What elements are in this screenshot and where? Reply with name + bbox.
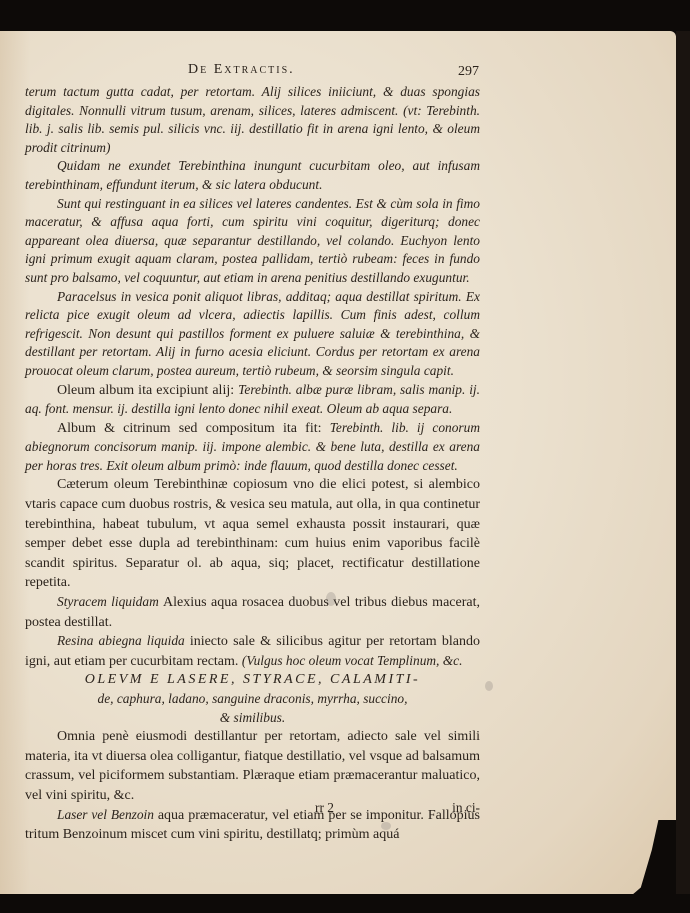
text-run: (Vulgus hoc oleum vocat Templinum, &c.: [242, 653, 463, 668]
paragraph: Paracelsus in vesica ponit aliquot libra…: [25, 288, 480, 381]
paragraph: Album & citrinum sed compositum ita fit:…: [25, 419, 480, 476]
text-run: Resina abiegna liquida: [57, 633, 190, 648]
page-header: De Extractis. 297: [0, 62, 480, 82]
paragraph: Styracem liquidam Alexius aqua rosacea d…: [25, 593, 480, 632]
text-run: Sunt qui restinguant in ea silices vel l…: [25, 196, 480, 285]
paragraph: Oleum album ita excipiunt alij: Terebint…: [25, 381, 480, 419]
paragraph: Resina abiegna liquida iniecto sale & si…: [25, 632, 480, 671]
catchword: in ci-: [452, 800, 480, 816]
text-run: Cæterum oleum Terebinthinæ copiosum vno …: [25, 477, 480, 590]
page-footer: rr 2 in ci-: [25, 800, 480, 818]
page-edge-shadow: [676, 31, 690, 894]
section-heading: OLEVM E LASERE, STYRACE, CALAMITI-: [25, 671, 480, 690]
text-run: Styracem liquidam: [57, 594, 163, 609]
signature-mark: rr 2: [315, 800, 334, 816]
text-run: terum tactum gutta cadat, per retortam. …: [25, 84, 480, 155]
section-heading-subline: de, caphura, ladano, sanguine draconis, …: [25, 690, 480, 709]
text-run: Quidam ne exundet Terebinthina inungunt …: [25, 158, 480, 192]
paragraph: terum tactum gutta cadat, per retortam. …: [25, 83, 480, 157]
body-text: terum tactum gutta cadat, per retortam. …: [25, 83, 480, 845]
text-run: Album & citrinum sed compositum ita fit:: [57, 421, 330, 436]
text-run: Paracelsus in vesica ponit aliquot libra…: [25, 289, 480, 378]
paragraph: Sunt qui restinguant in ea silices vel l…: [25, 195, 480, 288]
paragraph: Cæterum oleum Terebinthinæ copiosum vno …: [25, 475, 480, 593]
paragraph: Omnia penè eiusmodi destillantur per ret…: [25, 727, 480, 805]
text-run: Oleum album ita excipiunt alij:: [57, 383, 238, 398]
paper-stain: [485, 681, 493, 691]
paragraph: Quidam ne exundet Terebinthina inungunt …: [25, 157, 480, 194]
text-run: Omnia penè eiusmodi destillantur per ret…: [25, 729, 480, 803]
page-number: 297: [458, 64, 479, 80]
section-heading-subline: & similibus.: [25, 709, 480, 728]
running-title: De Extractis.: [188, 62, 295, 78]
